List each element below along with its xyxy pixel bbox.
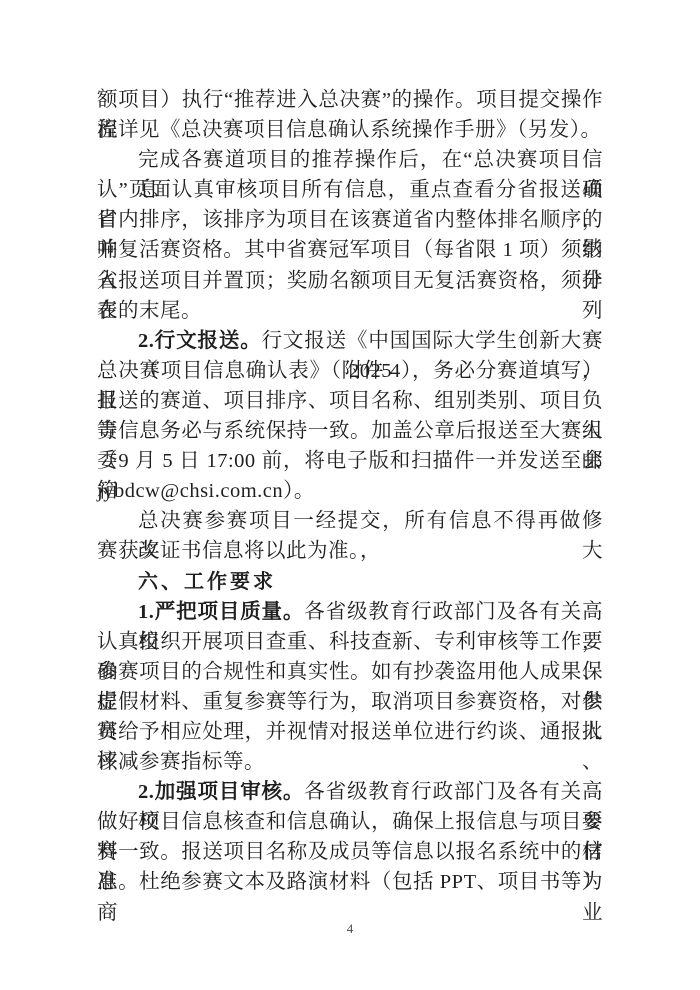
emphasis-text: 六、工作要求 (138, 571, 276, 593)
body-text-run: jybdcw@chsi.com.cn）。 (97, 480, 315, 502)
text-line: 响复活赛资格。其中省赛冠军项目（每省限 1 项）须纳入分 (97, 235, 603, 265)
text-line: 省报送项目并置顶；奖励名额项目无复活赛资格，须排在列 (97, 266, 603, 296)
text-line: 2.行文报送。行文报送《中国国际大学生创新大赛（2025） (97, 326, 603, 356)
text-line: 认真组织开展项目查重、科技查新、专利审核等工作，确保 (97, 627, 603, 657)
emphasis-text: 2.加强项目审核。 (138, 781, 304, 803)
page-number: 4 (0, 921, 700, 937)
text-line: 总决赛参赛项目一经提交，所有信息不得再做修改，大 (97, 506, 603, 536)
text-line: 参赛项目的合规性和真实性。如有抄袭盗用他人成果、提供 (97, 657, 603, 687)
text-line: （9 月 5 日 17:00 前，将电子版和扫描件一并发送至邮箱 (97, 446, 603, 476)
text-line: 报送的赛道、项目排序、项目名称、组别类别、项目负责人 (97, 386, 603, 416)
text-line: 程详见《总决赛项目信息确认系统操作手册》（另发）。 (97, 115, 603, 145)
emphasis-text: 1.严把项目质量。 (138, 601, 304, 623)
text-line: 2.加强项目审核。各省级教育行政部门及各有关高校要 (97, 777, 603, 807)
text-line: 准。杜绝参赛文本及路演材料（包括 PPT、项目书等）商业 (97, 867, 603, 897)
text-line: 1.严把项目质量。各省级教育行政部门及各有关高校要 (97, 597, 603, 627)
text-line: 料一致。报送项目名称及成员等信息以报名系统中的信息为 (97, 837, 603, 867)
body-text-run: 准。杜绝参赛文本及路演材料（包括 PPT、项目书等）商业 (97, 871, 603, 923)
text-line: 等信息务必与系统保持一致。加盖公章后报送至大赛组委会 (97, 416, 603, 446)
body-text: 额项目）执行“推荐进入总决赛”的操作。项目提交操作流程详见《总决赛项目信息确认系… (97, 85, 603, 898)
text-line: 虚假材料、重复参赛等行为，取消项目参赛资格，对参赛人 (97, 687, 603, 717)
text-line: 省内排序，该排序为项目在该赛道省内整体排名顺序，并影 (97, 205, 603, 235)
text-line: 做好项目信息核查和信息确认，确保上报信息与项目参赛材 (97, 807, 603, 837)
text-line: 认”页面认真审核项目所有信息，重点查看分省报送项目的 (97, 175, 603, 205)
text-line: 六、工作要求 (97, 567, 603, 597)
text-line: jybdcw@chsi.com.cn）。 (97, 476, 603, 506)
text-line: 员给予相应处理，并视情对报送单位进行约谈、通报批评、 (97, 717, 603, 747)
body-text-run: 赛获奖证书信息将以此为准。 (97, 540, 370, 562)
text-line: 完成各赛道项目的推荐操作后，在“总决赛项目信息确 (97, 145, 603, 175)
emphasis-text: 2.行文报送。 (138, 330, 262, 352)
document-page: 额项目）执行“推荐进入总决赛”的操作。项目提交操作流程详见《总决赛项目信息确认系… (0, 0, 700, 990)
body-text-run: 程详见《总决赛项目信息确认系统操作手册》（另发）。 (97, 119, 602, 141)
text-line: 总决赛项目信息确认表》（附件 4），务必分赛道填写，且 (97, 356, 603, 386)
body-text-run: 核减参赛指标等。 (97, 751, 265, 773)
text-line: 额项目）执行“推荐进入总决赛”的操作。项目提交操作流 (97, 85, 603, 115)
body-text-run: 表的末尾。 (97, 300, 202, 322)
